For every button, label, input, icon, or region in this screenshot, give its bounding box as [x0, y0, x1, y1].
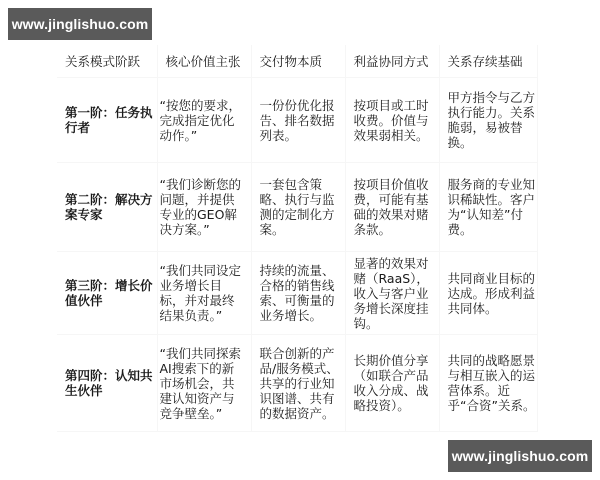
header-deliverable: 交付物本质 — [251, 45, 345, 78]
cell-interest: 按项目价值收费，可能有基础的效果对赌条款。 — [345, 163, 439, 252]
cell-stage: 第二阶：解决方案专家 — [57, 163, 157, 252]
header-interest: 利益协同方式 — [345, 45, 439, 78]
cell-interest: 按项目或工时收费。价值与效果弱相关。 — [345, 78, 439, 163]
table-header-row: 关系模式阶跃 核心价值主张 交付物本质 利益协同方式 关系存续基础 — [57, 45, 537, 78]
table-row: 第四阶：认知共生伙伴 “我们共同探索AI搜索下的新市场机会，共建认知资产与竞争壁… — [57, 335, 537, 432]
relationship-stage-table: 关系模式阶跃 核心价值主张 交付物本质 利益协同方式 关系存续基础 第一阶：任务… — [57, 45, 538, 432]
header-basis: 关系存续基础 — [439, 45, 537, 78]
header-value: 核心价值主张 — [157, 45, 251, 78]
watermark-top: www.jinglishuo.com — [8, 8, 152, 40]
cell-deliverable: 一份份优化报告、排名数据列表。 — [251, 78, 345, 163]
cell-stage: 第一阶：任务执行者 — [57, 78, 157, 163]
table-row: 第二阶：解决方案专家 “我们诊断您的问题，并提供专业的GEO解决方案。” 一套包… — [57, 163, 537, 252]
cell-value: “我们共同探索AI搜索下的新市场机会，共建认知资产与竞争壁垒。” — [157, 335, 251, 432]
cell-stage: 第三阶：增长价值伙伴 — [57, 252, 157, 335]
cell-basis: 甲方指令与乙方执行能力。关系脆弱，易被替换。 — [439, 78, 537, 163]
cell-deliverable: 联合创新的产品/服务模式、共享的行业知识图谱、共有的数据资产。 — [251, 335, 345, 432]
header-stage: 关系模式阶跃 — [57, 45, 157, 78]
cell-interest: 长期价值分享（如联合产品收入分成、战略投资）。 — [345, 335, 439, 432]
cell-value: “我们诊断您的问题，并提供专业的GEO解决方案。” — [157, 163, 251, 252]
cell-interest: 显著的效果对赌（RaaS），收入与客户业务增长深度挂钩。 — [345, 252, 439, 335]
cell-basis: 共同的战略愿景与相互嵌入的运营体系。近乎“合资”关系。 — [439, 335, 537, 432]
cell-basis: 服务商的专业知识稀缺性。客户为“认知差”付费。 — [439, 163, 537, 252]
cell-deliverable: 持续的流量、合格的销售线索、可衡量的业务增长。 — [251, 252, 345, 335]
cell-value: “按您的要求，完成指定优化动作。” — [157, 78, 251, 163]
cell-stage: 第四阶：认知共生伙伴 — [57, 335, 157, 432]
cell-value: “我们共同设定业务增长目标，并对最终结果负责。” — [157, 252, 251, 335]
watermark-bottom: www.jinglishuo.com — [448, 440, 592, 472]
cell-deliverable: 一套包含策略、执行与监测的定制化方案。 — [251, 163, 345, 252]
cell-basis: 共同商业目标的达成。形成利益共同体。 — [439, 252, 537, 335]
table-row: 第三阶：增长价值伙伴 “我们共同设定业务增长目标，并对最终结果负责。” 持续的流… — [57, 252, 537, 335]
table-row: 第一阶：任务执行者 “按您的要求，完成指定优化动作。” 一份份优化报告、排名数据… — [57, 78, 537, 163]
